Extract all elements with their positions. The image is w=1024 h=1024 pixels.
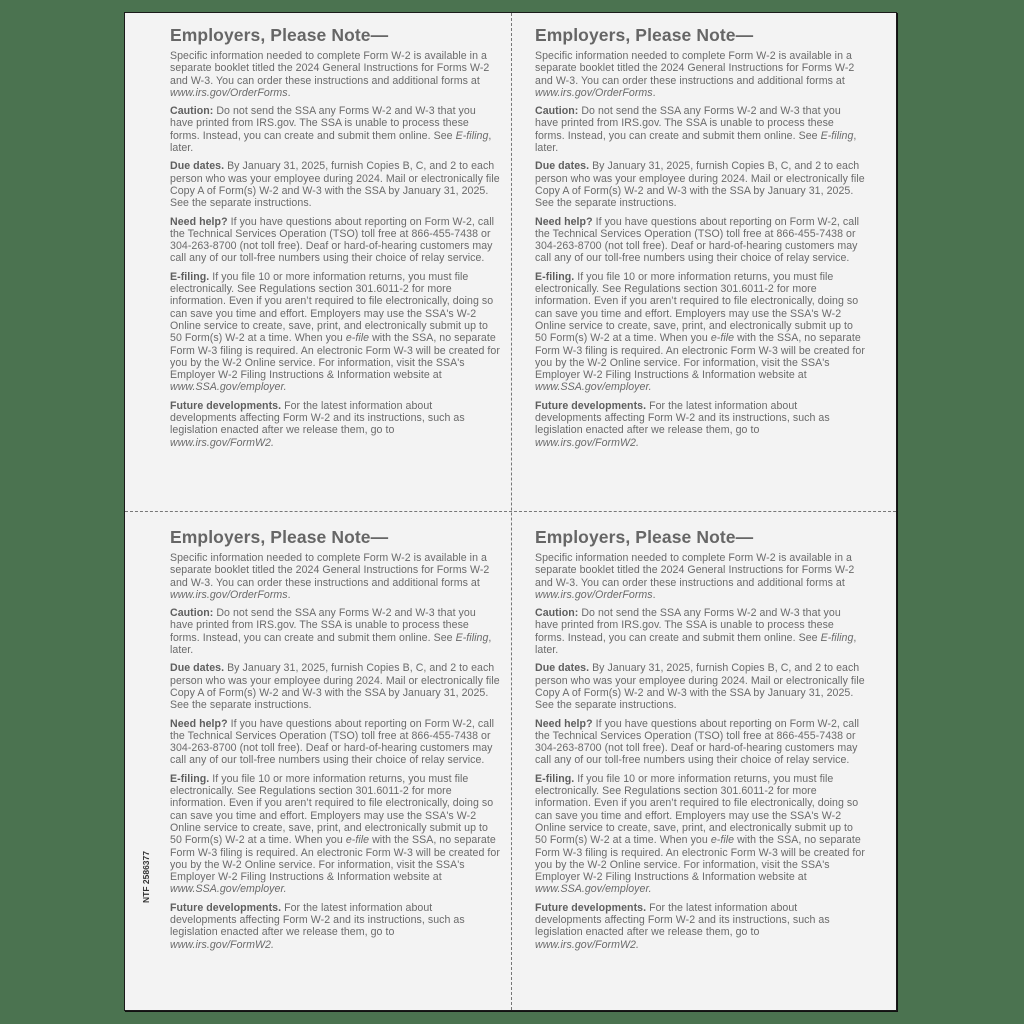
notice-title: Employers, Please Note— [170,527,500,548]
intro-paragraph: Specific information needed to complete … [535,552,865,601]
w2-notice-sheet: Employers, Please Note— Specific informa… [124,12,897,1011]
notice-title: Employers, Please Note— [535,527,865,548]
need-help-paragraph: Need help? If you have questions about r… [535,718,865,767]
notice-panel-top-left: Employers, Please Note— Specific informa… [170,25,500,455]
notice-panel-bottom-right: Employers, Please Note— Specific informa… [535,527,865,957]
notice-title: Employers, Please Note— [535,25,865,46]
e-filing-paragraph: E-filing. If you file 10 or more informa… [535,773,865,896]
order-forms-link: www.irs.gov/OrderForms [170,589,288,601]
due-dates-paragraph: Due dates. By January 31, 2025, furnish … [535,662,865,711]
form-w2-link: www.irs.gov/FormW2. [535,437,639,449]
future-developments-paragraph: Future developments. For the latest info… [170,400,500,449]
form-w2-link: www.irs.gov/FormW2. [170,437,274,449]
future-developments-paragraph: Future developments. For the latest info… [170,902,500,951]
ssa-employer-link: www.SSA.gov/employer. [535,381,652,393]
horizontal-perforation-line [125,511,896,512]
future-developments-paragraph: Future developments. For the latest info… [535,400,865,449]
form-code-label: NTF 2586377 [141,851,151,903]
order-forms-link: www.irs.gov/OrderForms [535,589,653,601]
ssa-employer-link: www.SSA.gov/employer. [535,883,652,895]
e-filing-paragraph: E-filing. If you file 10 or more informa… [170,773,500,896]
form-w2-link: www.irs.gov/FormW2. [170,939,274,951]
form-w2-link: www.irs.gov/FormW2. [535,939,639,951]
due-dates-paragraph: Due dates. By January 31, 2025, furnish … [170,662,500,711]
ssa-employer-link: www.SSA.gov/employer. [170,883,287,895]
caution-paragraph: Caution: Do not send the SSA any Forms W… [170,607,500,656]
order-forms-link: www.irs.gov/OrderForms [535,87,653,99]
caution-paragraph: Caution: Do not send the SSA any Forms W… [535,607,865,656]
caution-paragraph: Caution: Do not send the SSA any Forms W… [535,105,865,154]
need-help-paragraph: Need help? If you have questions about r… [170,216,500,265]
notice-title: Employers, Please Note— [170,25,500,46]
caution-paragraph: Caution: Do not send the SSA any Forms W… [170,105,500,154]
e-filing-paragraph: E-filing. If you file 10 or more informa… [535,271,865,394]
notice-panel-bottom-left: Employers, Please Note— Specific informa… [170,527,500,957]
need-help-paragraph: Need help? If you have questions about r… [535,216,865,265]
order-forms-link: www.irs.gov/OrderForms [170,87,288,99]
due-dates-paragraph: Due dates. By January 31, 2025, furnish … [535,160,865,209]
notice-panel-top-right: Employers, Please Note— Specific informa… [535,25,865,455]
need-help-paragraph: Need help? If you have questions about r… [170,718,500,767]
intro-paragraph: Specific information needed to complete … [535,50,865,99]
ssa-employer-link: www.SSA.gov/employer. [170,381,287,393]
intro-paragraph: Specific information needed to complete … [170,552,500,601]
future-developments-paragraph: Future developments. For the latest info… [535,902,865,951]
due-dates-paragraph: Due dates. By January 31, 2025, furnish … [170,160,500,209]
intro-paragraph: Specific information needed to complete … [170,50,500,99]
e-filing-paragraph: E-filing. If you file 10 or more informa… [170,271,500,394]
